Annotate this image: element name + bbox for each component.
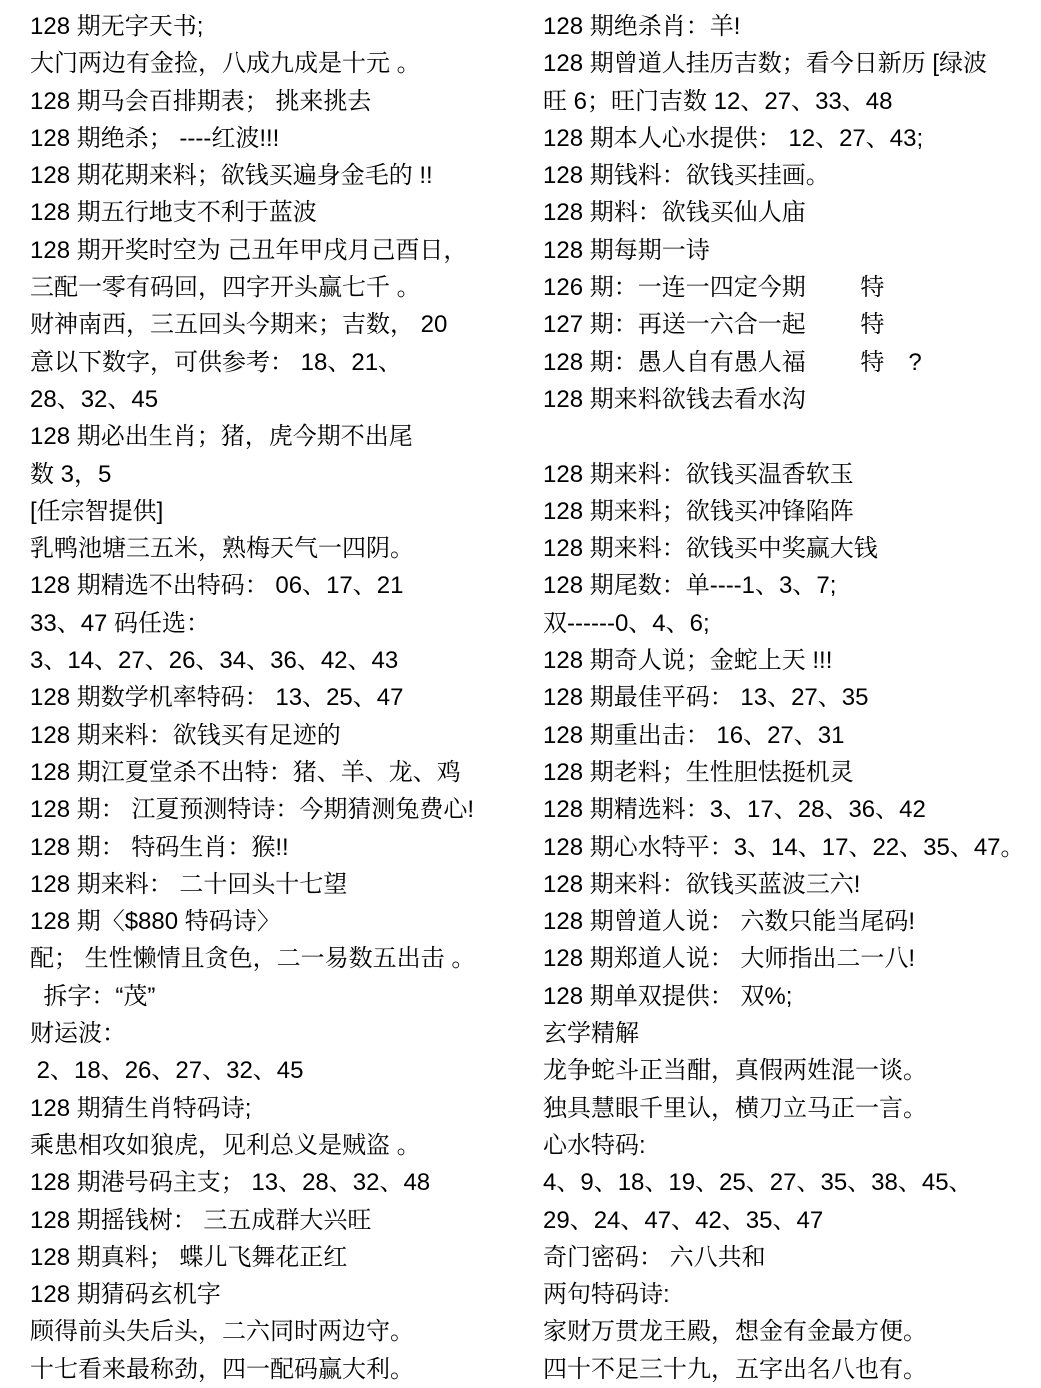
text-line: 乳鸭池塘三五米，熟梅天气一四阴。 xyxy=(30,530,543,567)
text-line: 128 期猜码玄机字 xyxy=(30,1276,543,1313)
text-line: 家财万贯龙王殿，想金有金最方便。 xyxy=(543,1313,1041,1350)
text-line: 128 期： 江夏预测特诗：今期猜测兔费心! xyxy=(30,791,543,828)
right-text-column: 128 期绝杀肖：羊!128 期曾道人挂历吉数；看今日新历 [绿波旺 6；旺门吉… xyxy=(543,8,1041,1388)
text-line: 128 期奇人说；金蛇上天 !!! xyxy=(543,642,1041,679)
lottery-tips-document: 128 期无字天书;大门两边有金捡，八成九成是十元 。128 期马会百排期表； … xyxy=(0,0,1041,1388)
text-line: 128 期曾道人说： 六数只能当尾码! xyxy=(543,903,1041,940)
text-line: 128 期老料；生性胆怯挺机灵 xyxy=(543,754,1041,791)
text-line: 128 期每期一诗 xyxy=(543,232,1041,269)
text-line: 128 期绝杀； ----红波!!! xyxy=(30,120,543,157)
text-line: 128 期来料：欲钱买温香软玉 xyxy=(543,456,1041,493)
text-line: 128 期猜生肖特码诗; xyxy=(30,1090,543,1127)
text-line: 128 期开奖时空为 己丑年甲戌月己酉日， xyxy=(30,232,543,269)
text-line: 128 期精选不出特码： 06、17、21 xyxy=(30,567,543,604)
text-line: 128 期精选料：3、17、28、36、42 xyxy=(543,791,1041,828)
text-line: 128 期单双提供： 双%; xyxy=(543,978,1041,1015)
text-line: 128 期： 特码生肖：猴!! xyxy=(30,829,543,866)
text-line: 128 期江夏堂杀不出特：猪、羊、龙、鸡 xyxy=(30,754,543,791)
text-line: 3、14、27、26、34、36、42、43 xyxy=(30,642,543,679)
text-line: 128 期马会百排期表； 挑来挑去 xyxy=(30,83,543,120)
text-line: 128 期数学机率特码： 13、25、47 xyxy=(30,679,543,716)
text-line: 四十不足三十九，五字出名八也有。 xyxy=(543,1351,1041,1388)
text-line: 顾得前头失后头，二六同时两边守。 xyxy=(30,1313,543,1350)
text-line: 意以下数字，可供参考： 18、21、 xyxy=(30,344,543,381)
text-line: 128 期尾数：单----1、3、7; xyxy=(543,567,1041,604)
text-line: 126 期：一连一四定今期 特 xyxy=(543,269,1041,306)
text-line: 独具慧眼千里认，横刀立马正一言。 xyxy=(543,1090,1041,1127)
text-line: 心水特码: xyxy=(543,1127,1041,1164)
text-line: 33、47 码任选： xyxy=(30,605,543,642)
text-line xyxy=(543,418,1041,455)
text-line: 128 期来料欲钱去看水沟 xyxy=(543,381,1041,418)
text-line: 拆字：“茂” xyxy=(30,978,543,1015)
text-line: 128 期来料；欲钱买冲锋陷阵 xyxy=(543,493,1041,530)
text-line: 128 期：愚人自有愚人福 特 ? xyxy=(543,344,1041,381)
text-line: 十七看来最称劲，四一配码赢大利。 xyxy=(30,1351,543,1388)
text-line: 128 期绝杀肖：羊! xyxy=(543,8,1041,45)
text-line: 数 3，5 xyxy=(30,456,543,493)
text-line: 两句特码诗: xyxy=(543,1276,1041,1313)
text-line: 128 期本人心水提供： 12、27、43; xyxy=(543,120,1041,157)
text-line: 2、18、26、27、32、45 xyxy=(30,1052,543,1089)
text-line: 128 期钱料：欲钱买挂画。 xyxy=(543,157,1041,194)
text-line: 双------0、4、6; xyxy=(543,605,1041,642)
text-line: 玄学精解 xyxy=(543,1015,1041,1052)
text-line: 128 期心水特平：3、14、17、22、35、47。 xyxy=(543,829,1041,866)
text-line: 128 期〈$880 特码诗〉 xyxy=(30,903,543,940)
text-line: 128 期无字天书; xyxy=(30,8,543,45)
text-line: 大门两边有金捡，八成九成是十元 。 xyxy=(30,45,543,82)
text-line: 旺 6；旺门吉数 12、27、33、48 xyxy=(543,83,1041,120)
text-line: 4、9、18、19、25、27、35、38、45、 xyxy=(543,1164,1041,1201)
text-line: 128 期花期来料；欲钱买遍身金毛的 !! xyxy=(30,157,543,194)
text-line: 128 期曾道人挂历吉数；看今日新历 [绿波 xyxy=(543,45,1041,82)
text-line: 三配一零有码回，四字开头赢七千 。 xyxy=(30,269,543,306)
text-line: 28、32、45 xyxy=(30,381,543,418)
text-line: 128 期重出击： 16、27、31 xyxy=(543,717,1041,754)
text-line: 财运波： xyxy=(30,1015,543,1052)
text-line: 龙争蛇斗正当酣，真假两姓混一谈。 xyxy=(543,1052,1041,1089)
text-line: 配； 生性懒情且贪色，二一易数五出击 。 xyxy=(30,940,543,977)
left-text-column: 128 期无字天书;大门两边有金捡，八成九成是十元 。128 期马会百排期表； … xyxy=(0,8,543,1388)
text-line: 128 期来料：欲钱买中奖赢大钱 xyxy=(543,530,1041,567)
text-line: 乘患相攻如狼虎，见利总义是贼盗 。 xyxy=(30,1127,543,1164)
text-line: 128 期五行地支不利于蓝波 xyxy=(30,194,543,231)
text-line: 128 期港号码主支； 13、28、32、48 xyxy=(30,1164,543,1201)
text-line: 奇门密码： 六八共和 xyxy=(543,1239,1041,1276)
text-line: 128 期来料： 二十回头十七望 xyxy=(30,866,543,903)
text-line: 128 期来料：欲钱买蓝波三六! xyxy=(543,866,1041,903)
text-line: 财神南西，三五回头今期来；吉数， 20 xyxy=(30,306,543,343)
text-line: 128 期必出生肖；猪，虎今期不出尾 xyxy=(30,418,543,455)
text-line: 128 期郑道人说： 大师指出二一八! xyxy=(543,940,1041,977)
text-line: 128 期料：欲钱买仙人庙 xyxy=(543,194,1041,231)
text-line: 128 期来料：欲钱买有足迹的 xyxy=(30,717,543,754)
text-line: 128 期真料； 蝶儿飞舞花正红 xyxy=(30,1239,543,1276)
text-line: 29、24、47、42、35、47 xyxy=(543,1202,1041,1239)
text-line: 127 期：再送一六合一起 特 xyxy=(543,306,1041,343)
text-line: 128 期摇钱树： 三五成群大兴旺 xyxy=(30,1202,543,1239)
text-line: [任宗智提供] xyxy=(30,493,543,530)
text-line: 128 期最佳平码： 13、27、35 xyxy=(543,679,1041,716)
